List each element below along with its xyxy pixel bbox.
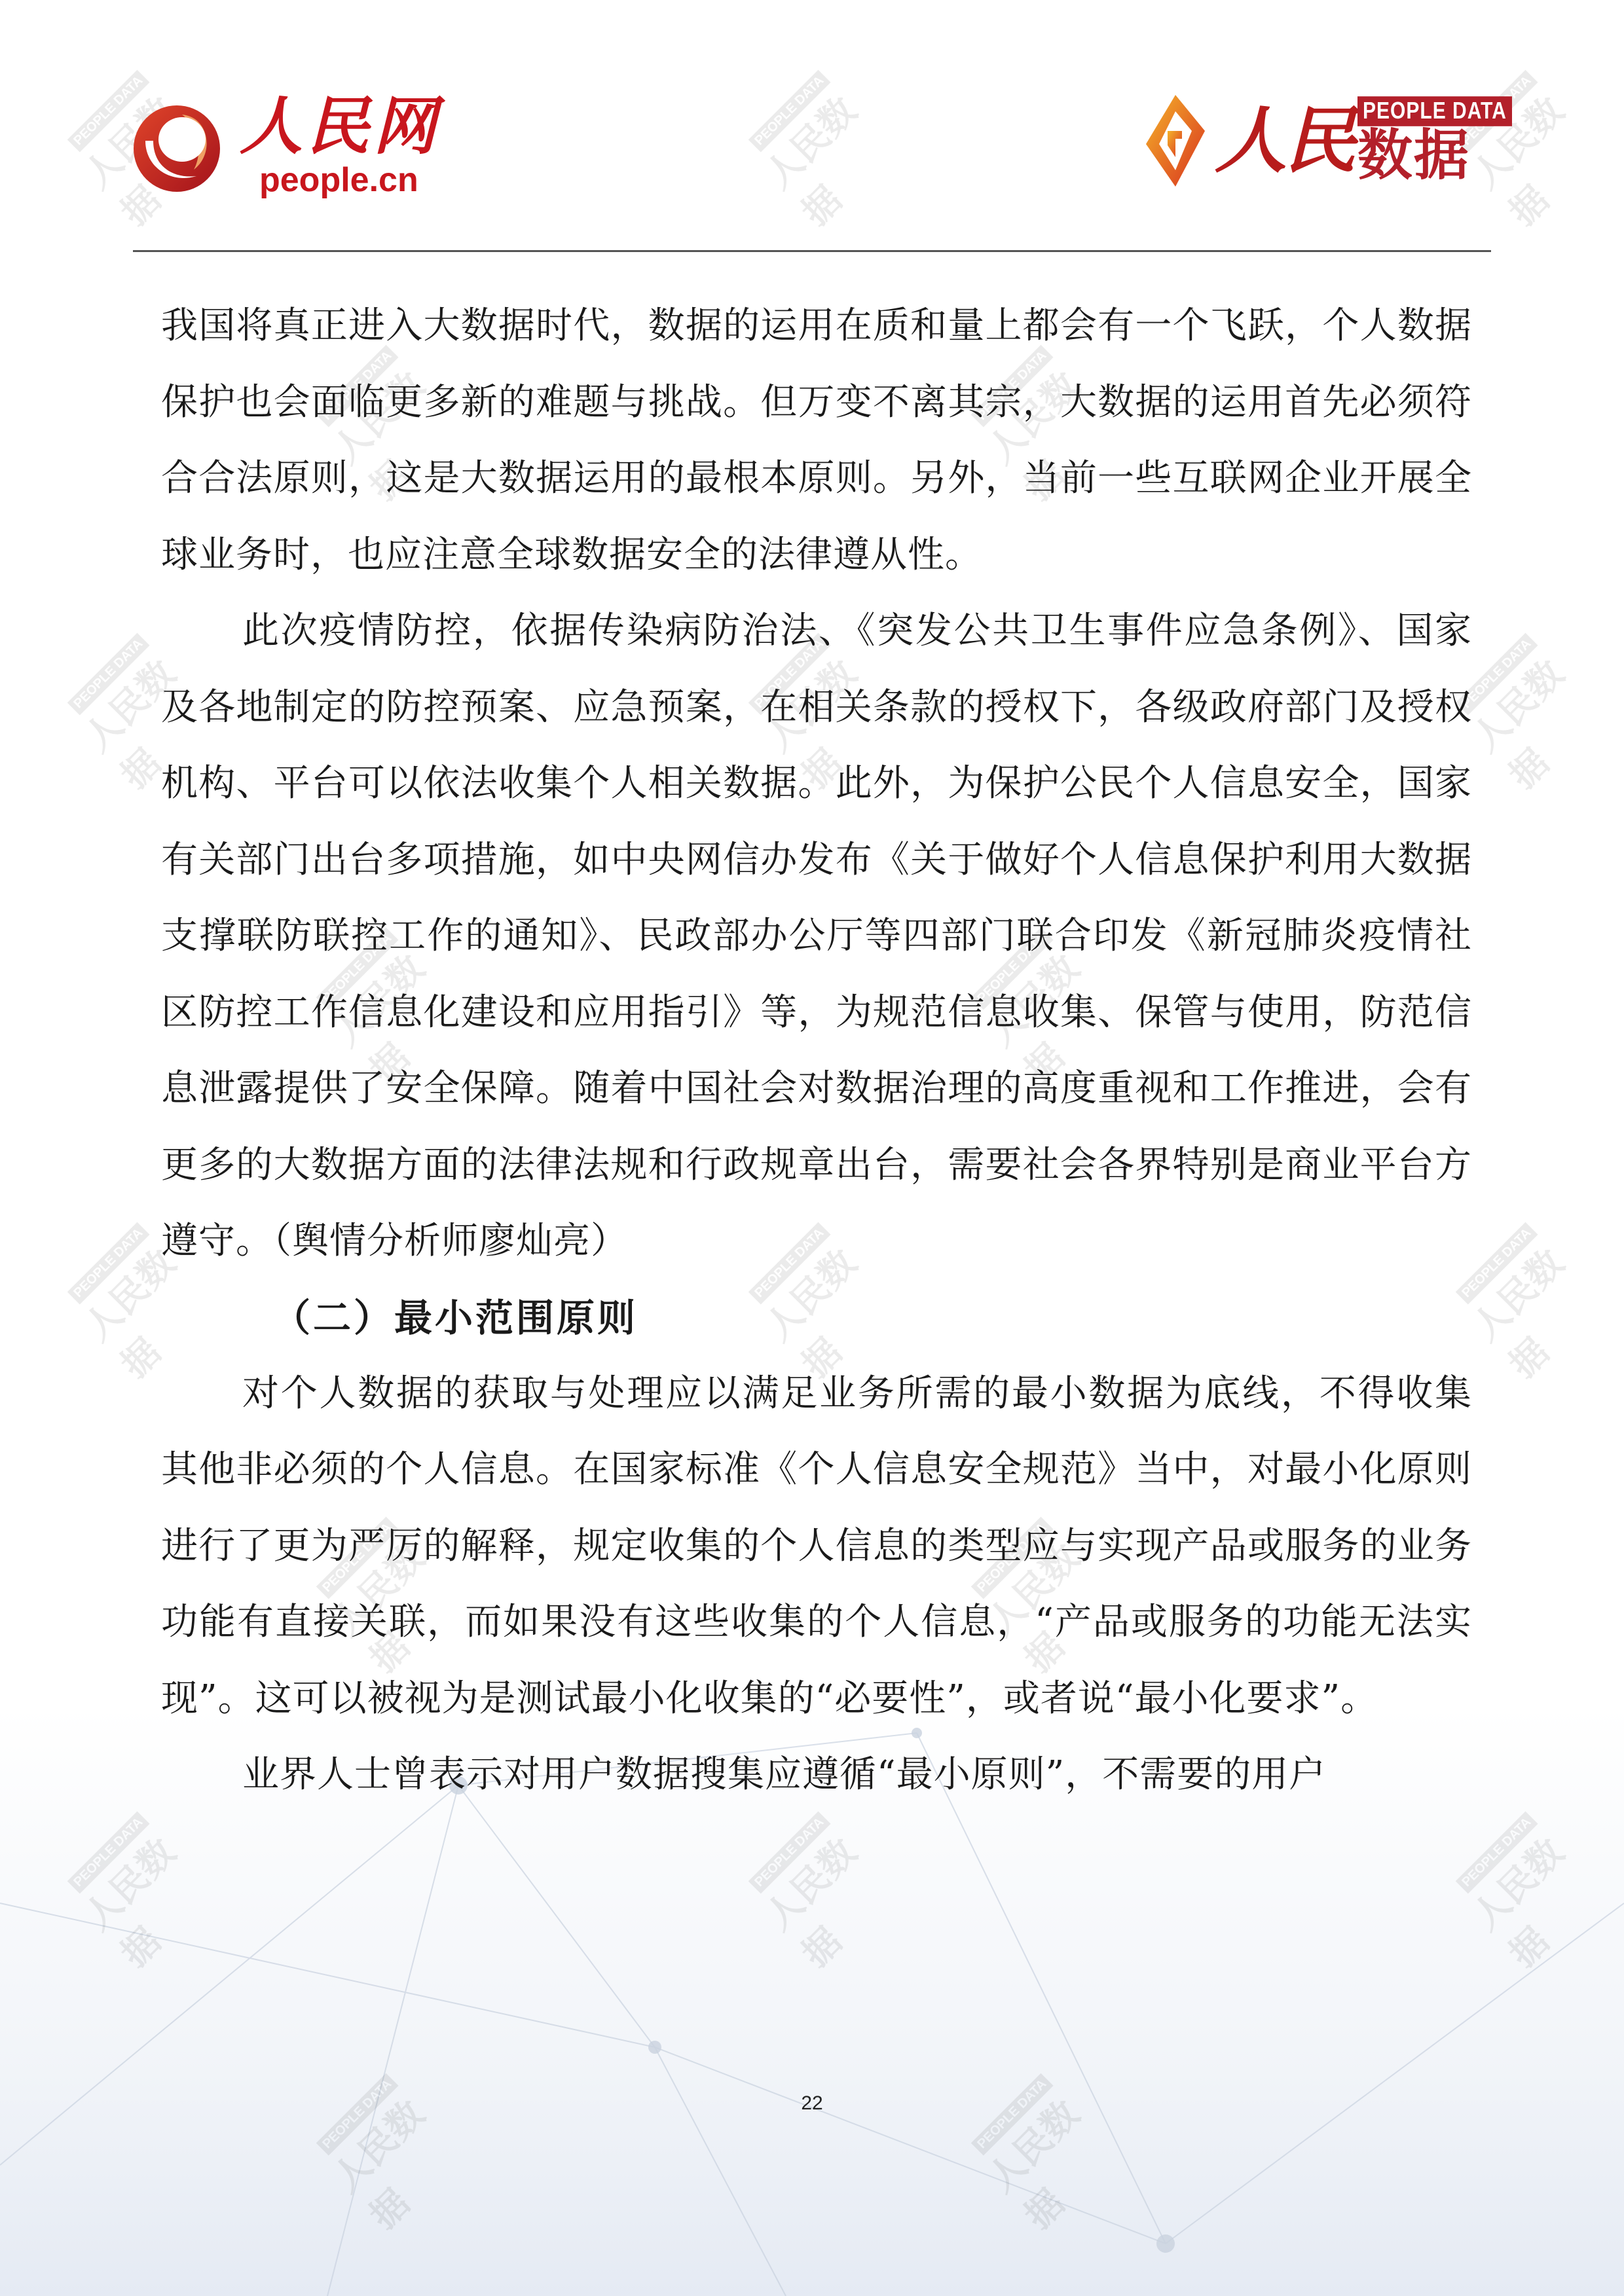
globe-swirl-icon bbox=[131, 101, 223, 193]
paragraph: 对个人数据的获取与处理应以满足业务所需的最小数据为底线，不得收集其他非必须的个人… bbox=[161, 1356, 1472, 1738]
brand-name-en: people.cn bbox=[259, 160, 418, 200]
section-heading: （二）最小范围原则 bbox=[161, 1280, 1472, 1356]
paragraph: 此次疫情防控，依据传染病防治法、《突发公共卫生事件应急条例》、国家及各地制定的防… bbox=[161, 593, 1472, 1280]
page-number: 22 bbox=[0, 2092, 1624, 2115]
logo-script-cn: 人民 bbox=[1215, 105, 1354, 177]
people-cn-logo[interactable]: 人民网 people.cn bbox=[131, 95, 440, 200]
brand-name-cn: 人民网 bbox=[240, 95, 440, 158]
people-data-tag: PEOPLE DATA bbox=[1357, 96, 1512, 126]
paragraph: 我国将真正进入大数据时代，数据的运用在质和量上都会有一个飞跃，个人数据保护也会面… bbox=[161, 288, 1472, 593]
people-data-logo[interactable]: 人民 PEOPLE DATA 数据 bbox=[1143, 92, 1512, 190]
page-header: 人民网 people.cn 人民 PEOPLE DATA 数据 bbox=[0, 0, 1624, 255]
header-divider bbox=[133, 250, 1491, 252]
paragraph: 业界人士曾表示对用户数据搜集应遵循“最小原则”，不需要的用户 bbox=[161, 1737, 1472, 1813]
diamond-p-icon bbox=[1143, 92, 1208, 190]
logo-data-cn: 数据 bbox=[1357, 128, 1512, 183]
document-body: 我国将真正进入大数据时代，数据的运用在质和量上都会有一个飞跃，个人数据保护也会面… bbox=[161, 288, 1472, 1813]
